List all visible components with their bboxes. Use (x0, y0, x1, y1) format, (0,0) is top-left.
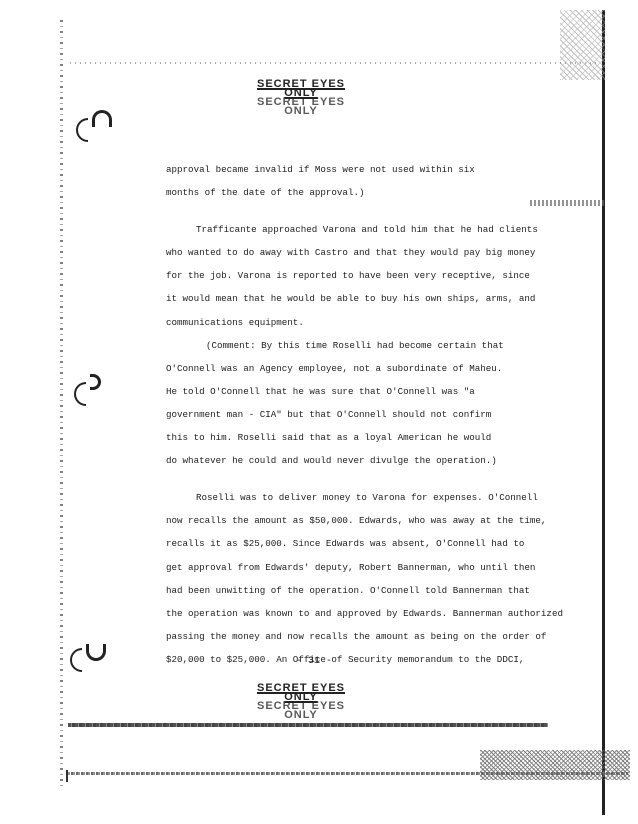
text-line: who wanted to do away with Castro and th… (166, 247, 535, 258)
text-line: the operation was known to and approved … (166, 608, 563, 619)
paragraph-continuation: approval became invalid if Moss were not… (166, 158, 496, 204)
text-line: recalls it as $25,000. Since Edwards was… (166, 538, 524, 549)
paragraph-roselli-money: Roselli was to deliver money to Varona f… (166, 486, 496, 671)
scan-noise-right-edge (602, 10, 605, 815)
punch-hole-arc-icon (74, 382, 86, 406)
punch-hole-arc-icon (70, 648, 82, 672)
text-line: communications equipment. (166, 317, 304, 328)
punch-hole-mark-middle (74, 374, 114, 404)
punch-hole-arc-icon (90, 374, 101, 390)
document-body: approval became invalid if Moss were not… (166, 158, 496, 671)
paragraph-trafficante: Trafficante approached Varona and told h… (166, 218, 496, 333)
punch-hole-mark-bottom (70, 640, 110, 670)
text-line: this to him. Roselli said that as a loya… (166, 432, 491, 443)
footer-classification-stamp: SECRET EYES ONLY SECRET EYES ONLY (242, 684, 360, 720)
punch-hole-arc-icon (76, 118, 88, 142)
text-line: months of the date of the approval.) (166, 187, 364, 198)
scan-noise-left-edge (60, 20, 63, 790)
text-line: O'Connell was an Agency employee, not a … (166, 363, 502, 374)
scan-noise-bottom-corner (66, 770, 68, 782)
text-line: do whatever he could and would never div… (166, 455, 497, 466)
scan-noise-bottom-band (480, 750, 630, 780)
scan-noise-top (70, 62, 600, 64)
footer-stamp-line-2: SECRET EYES ONLY (242, 702, 360, 720)
text-line: get approval from Edwards' deputy, Rober… (166, 562, 535, 573)
text-line: government man - CIA" but that O'Connell… (166, 409, 491, 420)
header-stamp-line-2: SECRET EYES ONLY (242, 98, 360, 116)
scan-noise-right-band (560, 10, 605, 80)
text-line: passing the money and now recalls the am… (166, 631, 546, 642)
text-line: now recalls the amount as $50,000. Edwar… (166, 515, 546, 526)
text-line: Trafficante approached Varona and told h… (166, 224, 538, 235)
text-line: had been unwitting of the operation. O'C… (166, 585, 530, 596)
text-line: He told O'Connell that he was sure that … (166, 386, 475, 397)
text-line: $20,000 to $25,000. An Office of Securit… (166, 654, 524, 665)
punch-hole-mark-top (76, 110, 116, 140)
text-line: it would mean that he would be able to b… (166, 293, 535, 304)
text-line: Roselli was to deliver money to Varona f… (166, 492, 538, 503)
punch-hole-arc-icon (92, 110, 112, 127)
header-classification-stamp: SECRET EYES ONLY SECRET EYES ONLY (242, 80, 360, 116)
text-line: for the job. Varona is reported to have … (166, 270, 530, 281)
paragraph-comment: (Comment: By this time Roselli had becom… (166, 334, 496, 473)
scan-noise-bottom-line (68, 723, 548, 727)
text-line: (Comment: By this time Roselli had becom… (166, 340, 504, 351)
punch-hole-arc-icon (86, 644, 106, 661)
text-line: approval became invalid if Moss were not… (166, 164, 475, 175)
page-number: - 31 - (296, 656, 332, 667)
scan-noise-right-mid (530, 200, 605, 206)
